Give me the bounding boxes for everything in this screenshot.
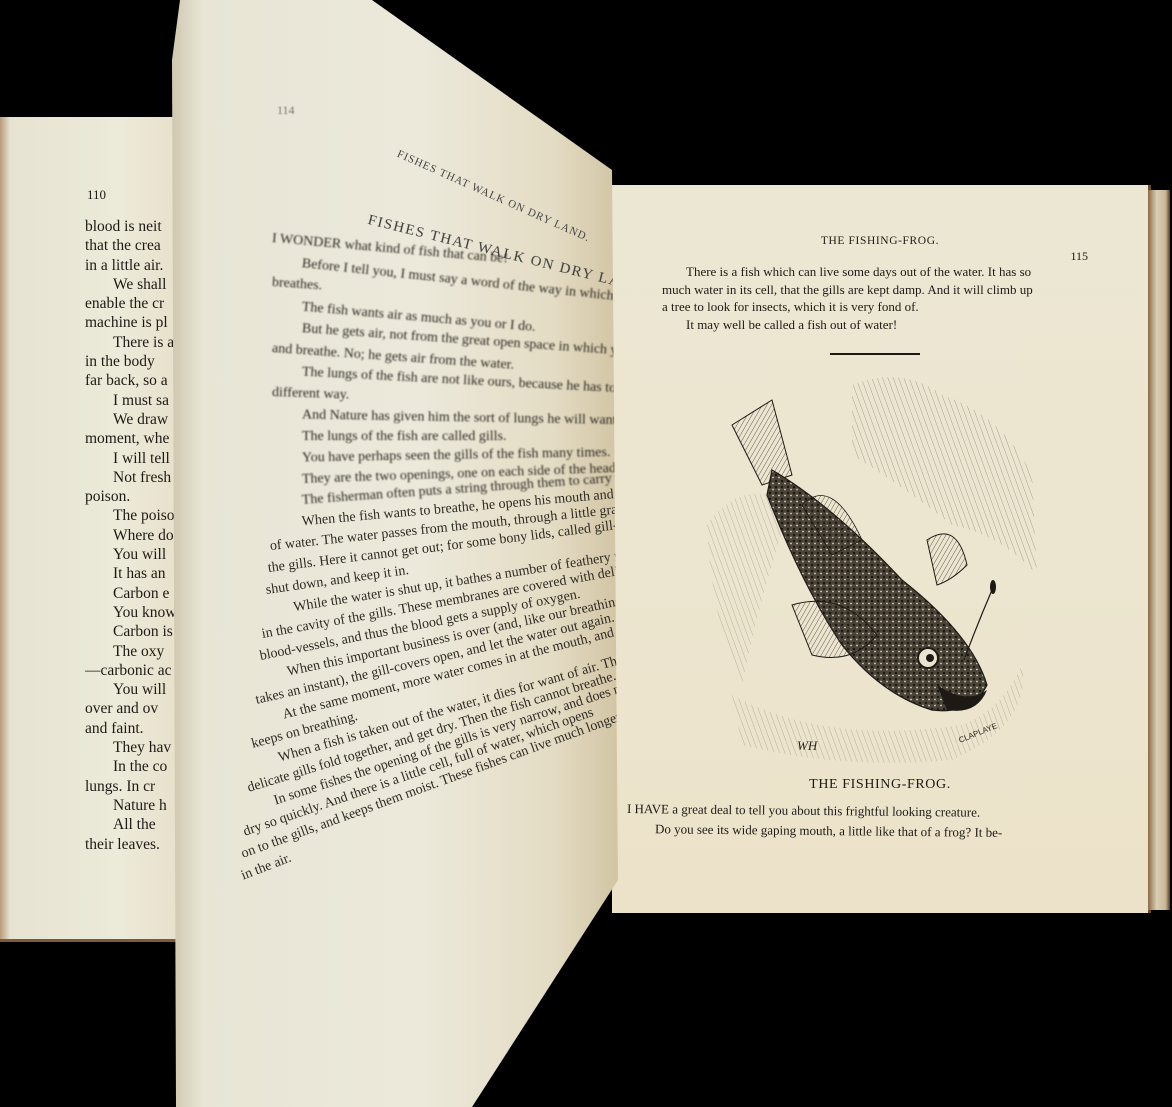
anglerfish-illustration: WH CLAPLAYE — [702, 365, 1042, 770]
right-running-head: THE FISHING-FROG. — [612, 235, 1148, 247]
text-line: Do you see its wide gaping mouth, a litt… — [627, 819, 1097, 844]
middle-page-number: 114 — [277, 103, 295, 118]
right-page: THE FISHING-FROG. 115 There is a fish wh… — [612, 185, 1151, 913]
right-body-text: I HAVE a great deal to tell you about th… — [627, 799, 1097, 839]
left-page-number: 110 — [87, 187, 106, 203]
drop-lead-word: I HAVE — [627, 801, 669, 816]
open-book-photo: 110 blood is neitthat the creain a littl… — [0, 0, 1172, 1107]
text-line: much water in its cell, that the gills a… — [662, 281, 1087, 299]
right-intro-text: There is a fish which can live some days… — [662, 263, 1087, 333]
svg-text:WH: WH — [797, 738, 818, 753]
line-text: a great deal to tell you about this frig… — [669, 801, 980, 819]
text-line: It may well be called a fish out of wate… — [662, 316, 1087, 334]
middle-page-text: I WONDER what kind of fish that can be!B… — [272, 228, 612, 888]
right-page-number: 115 — [1070, 249, 1088, 264]
text-line: a tree to look for insects, which it is … — [662, 298, 1087, 316]
left-page: 110 blood is neitthat the creain a littl… — [0, 117, 200, 942]
text-line: There is a fish which can live some days… — [662, 263, 1087, 281]
turning-page: 114 FISHES THAT WALK ON DRY LAND. FISHES… — [172, 0, 618, 1107]
figure-caption: THE FISHING-FROG. — [612, 777, 1148, 793]
page-block-edge — [1148, 190, 1170, 910]
line-text: Do you see its wide gaping mouth, a litt… — [655, 821, 1002, 840]
section-rule — [830, 353, 920, 355]
